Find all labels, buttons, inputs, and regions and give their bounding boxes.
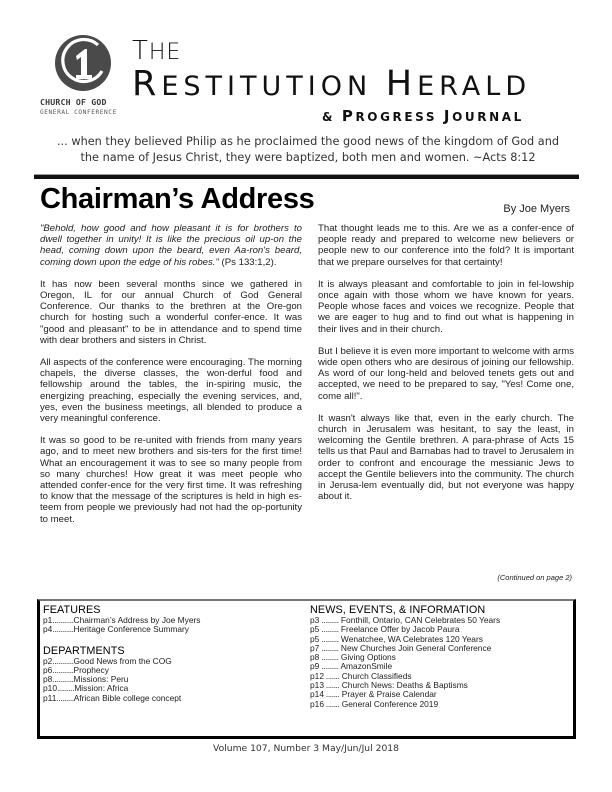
masthead-verse: ... when they believed Philip as he proc… bbox=[34, 134, 582, 166]
paragraph: It was so good to be re-united with frie… bbox=[40, 435, 302, 525]
toc-left-column: FEATURES p1...........Chairman’s Address… bbox=[43, 604, 301, 703]
verse-line: ... when they believed Philip as he proc… bbox=[34, 134, 582, 150]
publication-title: RESTITUTION HERALD bbox=[132, 64, 531, 104]
logo-text-general-conference: GENERAL CONFERENCE bbox=[40, 109, 130, 116]
paragraph: It wasn't always like that, even in the … bbox=[318, 413, 574, 503]
masthead-divider bbox=[34, 174, 579, 179]
logo-text-church-of-god: CHURCH OF GOD bbox=[40, 97, 130, 107]
issue-footer: Volume 107, Number 3 May/Jun/Jul 2018 bbox=[0, 743, 612, 754]
opening-quote: "Behold, how good and how pleasant it is… bbox=[40, 223, 302, 268]
paragraph: All aspects of the conference were encou… bbox=[40, 357, 302, 424]
masthead: CHURCH OF GOD GENERAL CONFERENCE THE RES… bbox=[0, 0, 612, 130]
paragraph: That thought leads me to this. Are we as… bbox=[318, 223, 574, 268]
church-of-god-logo: CHURCH OF GOD GENERAL CONFERENCE bbox=[40, 34, 130, 124]
article-byline: By Joe Myers bbox=[503, 203, 570, 215]
toc-item[interactable]: p16 ....... General Conference 2019 bbox=[310, 700, 570, 709]
article-column-right: That thought leads me to this. Are we as… bbox=[318, 223, 574, 513]
toc-item[interactable]: p4...........Heritage Conference Summary bbox=[43, 625, 301, 634]
toc-right-column: NEWS, EVENTS, & INFORMATION p3 .........… bbox=[310, 604, 570, 709]
publication-subtitle: & PROGRESS JOURNAL bbox=[322, 107, 524, 125]
title-the: THE bbox=[132, 36, 181, 66]
paragraph: It is always pleasant and comfortable to… bbox=[318, 279, 574, 335]
table-of-contents: FEATURES p1...........Chairman’s Address… bbox=[37, 599, 576, 739]
logo-circle-one-icon bbox=[54, 34, 112, 92]
article-headline: Chairman’s Address bbox=[40, 183, 315, 216]
toc-item[interactable]: p11.........African Bible college concep… bbox=[43, 694, 301, 703]
paragraph: But I believe it is even more important … bbox=[318, 346, 574, 402]
verse-line: the name of Jesus Christ, they were bapt… bbox=[34, 150, 582, 166]
paragraph: It has now been several months since we … bbox=[40, 279, 302, 346]
continued-on-link[interactable]: (Continued on page 2) bbox=[497, 573, 572, 582]
article-column-left: "Behold, how good and how pleasant it is… bbox=[40, 223, 302, 536]
